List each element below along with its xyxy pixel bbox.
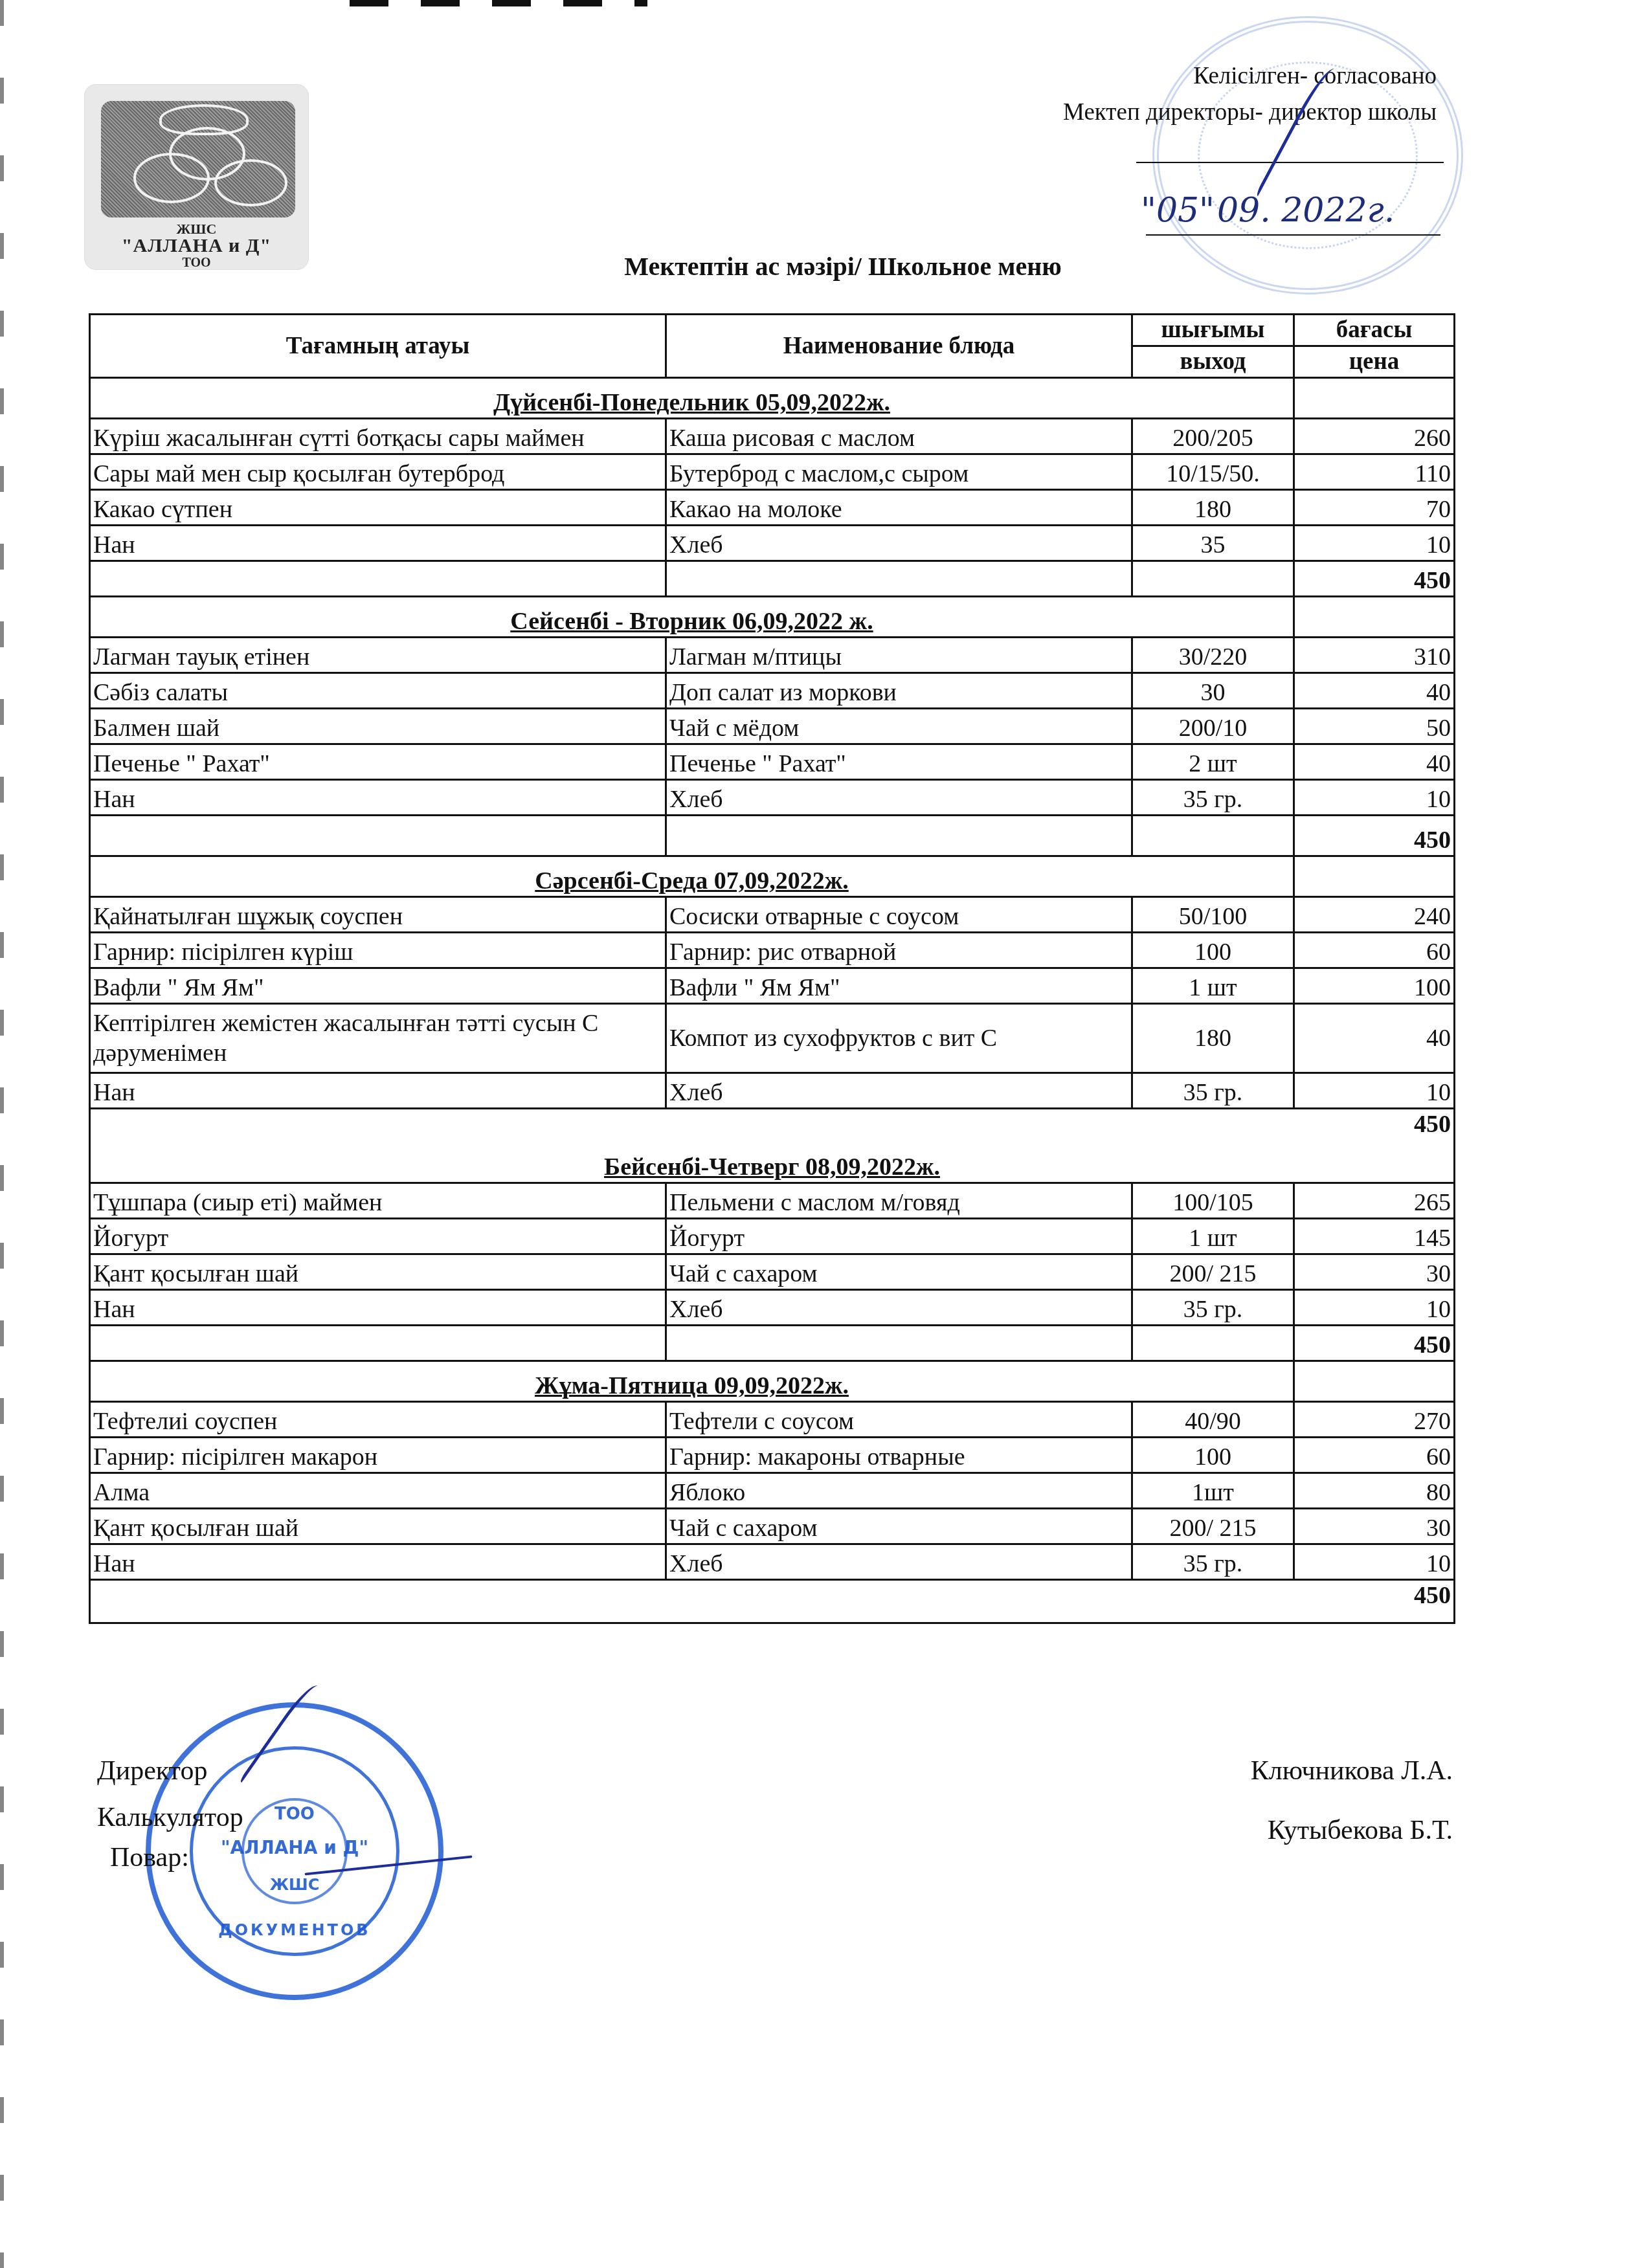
- total-blank: [90, 561, 666, 597]
- total-blank: [90, 1580, 1294, 1623]
- signature-roles: Директор Калькулятор Повар:: [97, 1748, 243, 1874]
- approval-date-day: "05": [1141, 191, 1215, 230]
- day-title: Бейсенбі-Четверг 08,09,2022ж.: [90, 1143, 1455, 1183]
- table-row: НанХлеб3510: [90, 526, 1455, 561]
- total-blank: [1132, 1326, 1294, 1361]
- day-price-blank: [1294, 378, 1455, 419]
- dish-name-ru: Компот из сухофруктов с вит С: [666, 1004, 1132, 1073]
- dish-price: 10: [1294, 1544, 1455, 1580]
- dish-price: 40: [1294, 744, 1455, 780]
- role-director: Директор: [97, 1748, 243, 1794]
- total-blank: [666, 561, 1132, 597]
- table-row: Гарнир: пісірілген макаронГарнир: макаро…: [90, 1438, 1455, 1473]
- total-row: 450: [90, 561, 1455, 597]
- scan-top-artifact: [350, 0, 647, 6]
- day-header-row: Дүйсенбі-Понедельник 05,09,2022ж.: [90, 378, 1455, 419]
- day-total: 450: [1294, 1580, 1455, 1623]
- dish-yield: 30: [1132, 673, 1294, 709]
- dish-name-kz: Нан: [90, 1290, 666, 1326]
- dish-name-kz: Гарнир: пісірілген макарон: [90, 1438, 666, 1473]
- table-row: Тефтелиі соуспенТефтели с соусом40/90270: [90, 1402, 1455, 1438]
- dish-name-ru: Хлеб: [666, 1290, 1132, 1326]
- dish-name-ru: Хлеб: [666, 1544, 1132, 1580]
- chefs-illustration-icon: [101, 101, 295, 217]
- dish-price: 70: [1294, 490, 1455, 526]
- dish-price: 100: [1294, 968, 1455, 1004]
- dish-name-kz: Қант қосылған шай: [90, 1254, 666, 1290]
- total-row: 450: [90, 1580, 1455, 1623]
- dish-name-kz: Тұшпара (сиыр еті) маймен: [90, 1183, 666, 1219]
- day-price-blank: [1294, 1361, 1455, 1402]
- dish-yield: 40/90: [1132, 1402, 1294, 1438]
- table-row: Тұшпара (сиыр еті) майменПельмени с масл…: [90, 1183, 1455, 1219]
- approval-block: Келісілген- согласовано Мектеп директоры…: [1063, 58, 1437, 131]
- dish-yield: 100: [1132, 933, 1294, 968]
- dish-price: 260: [1294, 419, 1455, 454]
- day-header-row: Жұма-Пятница 09,09,2022ж.: [90, 1361, 1455, 1402]
- header-name-kz: Тағамның атауы: [90, 315, 666, 378]
- dish-price: 310: [1294, 638, 1455, 673]
- dish-yield: 1 шт: [1132, 1219, 1294, 1254]
- table-row: Қайнатылған шұжық соуспенСосиски отварны…: [90, 897, 1455, 933]
- day-price-blank: [1294, 597, 1455, 638]
- total-blank: [90, 816, 666, 856]
- dish-name-kz: Күріш жасалынған сүтті ботқасы сары майм…: [90, 419, 666, 454]
- table-row: ЙогуртЙогурт1 шт145: [90, 1219, 1455, 1254]
- dish-yield: 35 гр.: [1132, 1073, 1294, 1109]
- table-row: Какао сүтпенКакао на молоке18070: [90, 490, 1455, 526]
- menu-table: Тағамның атауы Наименование блюда шығымы…: [89, 313, 1455, 1624]
- total-row: 450: [90, 1109, 1455, 1144]
- day-total: 450: [1294, 816, 1455, 856]
- dish-name-ru: Каша рисовая с маслом: [666, 419, 1132, 454]
- dish-name-kz: Лагман тауық етінен: [90, 638, 666, 673]
- dish-name-ru: Чай с сахаром: [666, 1509, 1132, 1544]
- dish-price: 240: [1294, 897, 1455, 933]
- dish-price: 10: [1294, 1073, 1455, 1109]
- day-price-blank: [1294, 856, 1455, 897]
- table-row: НанХлеб35 гр.10: [90, 1290, 1455, 1326]
- scan-edge-artifact: [0, 0, 4, 2268]
- approval-date-rest: 09. 2022г.: [1217, 191, 1395, 230]
- dish-price: 80: [1294, 1473, 1455, 1509]
- dish-price: 30: [1294, 1254, 1455, 1290]
- day-title: Сейсенбі - Вторник 06,09,2022 ж.: [90, 597, 1294, 638]
- dish-name-ru: Какао на молоке: [666, 490, 1132, 526]
- dish-name-ru: Сосиски отварные с соусом: [666, 897, 1132, 933]
- dish-name-ru: Хлеб: [666, 526, 1132, 561]
- dish-price: 60: [1294, 1438, 1455, 1473]
- dish-name-kz: Нан: [90, 1073, 666, 1109]
- header-yield-ru: выход: [1132, 346, 1294, 378]
- day-title-text: Сейсенбі - Вторник 06,09,2022 ж.: [510, 608, 873, 635]
- dish-yield: 200/10: [1132, 709, 1294, 744]
- dish-name-ru: Гарнир: рис отварной: [666, 933, 1132, 968]
- dish-name-ru: Хлеб: [666, 780, 1132, 816]
- table-row: Қант қосылған шайЧай с сахаром200/ 21530: [90, 1509, 1455, 1544]
- table-row: Гарнир: пісірілген күрішГарнир: рис отва…: [90, 933, 1455, 968]
- dish-price: 10: [1294, 780, 1455, 816]
- dish-price: 40: [1294, 673, 1455, 709]
- day-total: 450: [90, 1109, 1455, 1144]
- dish-price: 30: [1294, 1509, 1455, 1544]
- company-logo: ЖШС "АЛЛАНА и Д" ТОО: [84, 84, 309, 270]
- day-title-text: Дүйсенбі-Понедельник 05,09,2022ж.: [493, 389, 890, 416]
- dish-yield: 200/205: [1132, 419, 1294, 454]
- dish-name-kz: Нан: [90, 1544, 666, 1580]
- day-title: Жұма-Пятница 09,09,2022ж.: [90, 1361, 1294, 1402]
- total-row: 450: [90, 816, 1455, 856]
- table-row: Вафли " Ям Ям"Вафли " Ям Ям"1 шт100: [90, 968, 1455, 1004]
- dish-name-kz: Какао сүтпен: [90, 490, 666, 526]
- dish-yield: 1 шт: [1132, 968, 1294, 1004]
- dish-yield: 200/ 215: [1132, 1509, 1294, 1544]
- dish-name-kz: Кептірілген жемістен жасалынған тәтті су…: [90, 1004, 666, 1073]
- dish-price: 10: [1294, 526, 1455, 561]
- table-row: АлмаЯблоко1шт80: [90, 1473, 1455, 1509]
- day-title-text: Жұма-Пятница 09,09,2022ж.: [535, 1372, 849, 1399]
- table-row: Сәбіз салатыДоп салат из моркови3040: [90, 673, 1455, 709]
- header-yield-kz: шығымы: [1132, 315, 1294, 346]
- table-row: Печенье " Рахат"Печенье " Рахат"2 шт40: [90, 744, 1455, 780]
- dish-yield: 10/15/50.: [1132, 454, 1294, 490]
- day-title: Сәрсенбі-Среда 07,09,2022ж.: [90, 856, 1294, 897]
- dish-yield: 30/220: [1132, 638, 1294, 673]
- dish-name-kz: Гарнир: пісірілген күріш: [90, 933, 666, 968]
- total-blank: [666, 1326, 1132, 1361]
- dish-name-ru: Бутерброд с маслом,с сыром: [666, 454, 1132, 490]
- dish-price: 265: [1294, 1183, 1455, 1219]
- header-price-ru: цена: [1294, 346, 1455, 378]
- dish-name-kz: Вафли " Ям Ям": [90, 968, 666, 1004]
- dish-name-ru: Лагман м/птицы: [666, 638, 1132, 673]
- total-row: 450: [90, 1326, 1455, 1361]
- total-blank: [1132, 816, 1294, 856]
- dish-name-kz: Қайнатылған шұжық соуспен: [90, 897, 666, 933]
- dish-yield: 35 гр.: [1132, 780, 1294, 816]
- table-row: Қант қосылған шайЧай с сахаром200/ 21530: [90, 1254, 1455, 1290]
- dish-name-ru: Хлеб: [666, 1073, 1132, 1109]
- role-calculator: Калькулятор: [97, 1794, 243, 1841]
- name-calculator: Кутыбекова Б.Т.: [1251, 1801, 1453, 1860]
- day-total: 450: [1294, 561, 1455, 597]
- dish-price: 50: [1294, 709, 1455, 744]
- table-row: НанХлеб35 гр.10: [90, 780, 1455, 816]
- day-total: 450: [1294, 1326, 1455, 1361]
- day-title-text: Бейсенбі-Четверг 08,09,2022ж.: [604, 1153, 940, 1181]
- dish-price: 60: [1294, 933, 1455, 968]
- dish-yield: 200/ 215: [1132, 1254, 1294, 1290]
- dish-yield: 50/100: [1132, 897, 1294, 933]
- header-name-ru: Наименование блюда: [666, 315, 1132, 378]
- dish-name-kz: Йогурт: [90, 1219, 666, 1254]
- dish-name-kz: Печенье " Рахат": [90, 744, 666, 780]
- dish-price: 110: [1294, 454, 1455, 490]
- table-row: Сары май мен сыр қосылған бутербродБутер…: [90, 454, 1455, 490]
- total-blank: [666, 816, 1132, 856]
- dish-yield: 1шт: [1132, 1473, 1294, 1509]
- page-title: Мектептін ас мәзірі/ Школьное меню: [0, 251, 1647, 282]
- table-row: Күріш жасалынған сүтті ботқасы сары майм…: [90, 419, 1455, 454]
- role-cook: Повар:: [97, 1841, 243, 1874]
- dish-price: 145: [1294, 1219, 1455, 1254]
- dish-name-kz: Нан: [90, 780, 666, 816]
- dish-yield: 100: [1132, 1438, 1294, 1473]
- dish-name-ru: Чай с мёдом: [666, 709, 1132, 744]
- dish-price: 40: [1294, 1004, 1455, 1073]
- dish-name-ru: Печенье " Рахат": [666, 744, 1132, 780]
- dish-yield: 35 гр.: [1132, 1290, 1294, 1326]
- dish-name-ru: Яблоко: [666, 1473, 1132, 1509]
- dish-name-kz: Нан: [90, 526, 666, 561]
- day-title: Дүйсенбі-Понедельник 05,09,2022ж.: [90, 378, 1294, 419]
- day-header-row: Сейсенбі - Вторник 06,09,2022 ж.: [90, 597, 1455, 638]
- dish-price: 10: [1294, 1290, 1455, 1326]
- dish-name-ru: Гарнир: макароны отварные: [666, 1438, 1132, 1473]
- table-row: Лагман тауық етіненЛагман м/птицы30/2203…: [90, 638, 1455, 673]
- dish-name-kz: Сәбіз салаты: [90, 673, 666, 709]
- dish-name-ru: Тефтели с соусом: [666, 1402, 1132, 1438]
- dish-name-kz: Сары май мен сыр қосылған бутерброд: [90, 454, 666, 490]
- total-blank: [90, 1326, 666, 1361]
- header-price-kz: бағасы: [1294, 315, 1455, 346]
- dish-name-ru: Чай с сахаром: [666, 1254, 1132, 1290]
- dish-name-kz: Қант қосылған шай: [90, 1509, 666, 1544]
- table-row: Кептірілген жемістен жасалынған тәтті су…: [90, 1004, 1455, 1073]
- dish-name-kz: Балмен шай: [90, 709, 666, 744]
- dish-name-kz: Тефтелиі соуспен: [90, 1402, 666, 1438]
- stamp-ring-text: ДОКУМЕНТОВ: [151, 1921, 438, 1939]
- date-underline: [1146, 234, 1440, 236]
- dish-yield: 100/105: [1132, 1183, 1294, 1219]
- dish-name-ru: Доп салат из моркови: [666, 673, 1132, 709]
- approval-role: Мектеп директоры- директор школы: [1063, 94, 1437, 131]
- stamp-center-bottom: ЖШС: [151, 1876, 438, 1894]
- dish-yield: 180: [1132, 1004, 1294, 1073]
- dish-name-ru: Йогурт: [666, 1219, 1132, 1254]
- dish-name-ru: Вафли " Ям Ям": [666, 968, 1132, 1004]
- total-blank: [1132, 561, 1294, 597]
- table-row: НанХлеб35 гр.10: [90, 1073, 1455, 1109]
- signature-names: Ключникова Л.А. Кутыбекова Б.Т.: [1251, 1741, 1453, 1860]
- day-title-text: Сәрсенбі-Среда 07,09,2022ж.: [535, 867, 848, 895]
- approval-agreed: Келісілген- согласовано: [1063, 58, 1437, 94]
- dish-name-ru: Пельмени с маслом м/говяд: [666, 1183, 1132, 1219]
- menu-body: Дүйсенбі-Понедельник 05,09,2022ж.Күріш ж…: [90, 378, 1455, 1623]
- dish-yield: 2 шт: [1132, 744, 1294, 780]
- dish-yield: 35: [1132, 526, 1294, 561]
- table-row: Балмен шайЧай с мёдом200/1050: [90, 709, 1455, 744]
- name-director: Ключникова Л.А.: [1251, 1741, 1453, 1801]
- dish-yield: 35 гр.: [1132, 1544, 1294, 1580]
- dish-name-kz: Алма: [90, 1473, 666, 1509]
- dish-price: 270: [1294, 1402, 1455, 1438]
- day-header-row: Бейсенбі-Четверг 08,09,2022ж.: [90, 1143, 1455, 1183]
- dish-yield: 180: [1132, 490, 1294, 526]
- day-header-row: Сәрсенбі-Среда 07,09,2022ж.: [90, 856, 1455, 897]
- table-row: НанХлеб35 гр.10: [90, 1544, 1455, 1580]
